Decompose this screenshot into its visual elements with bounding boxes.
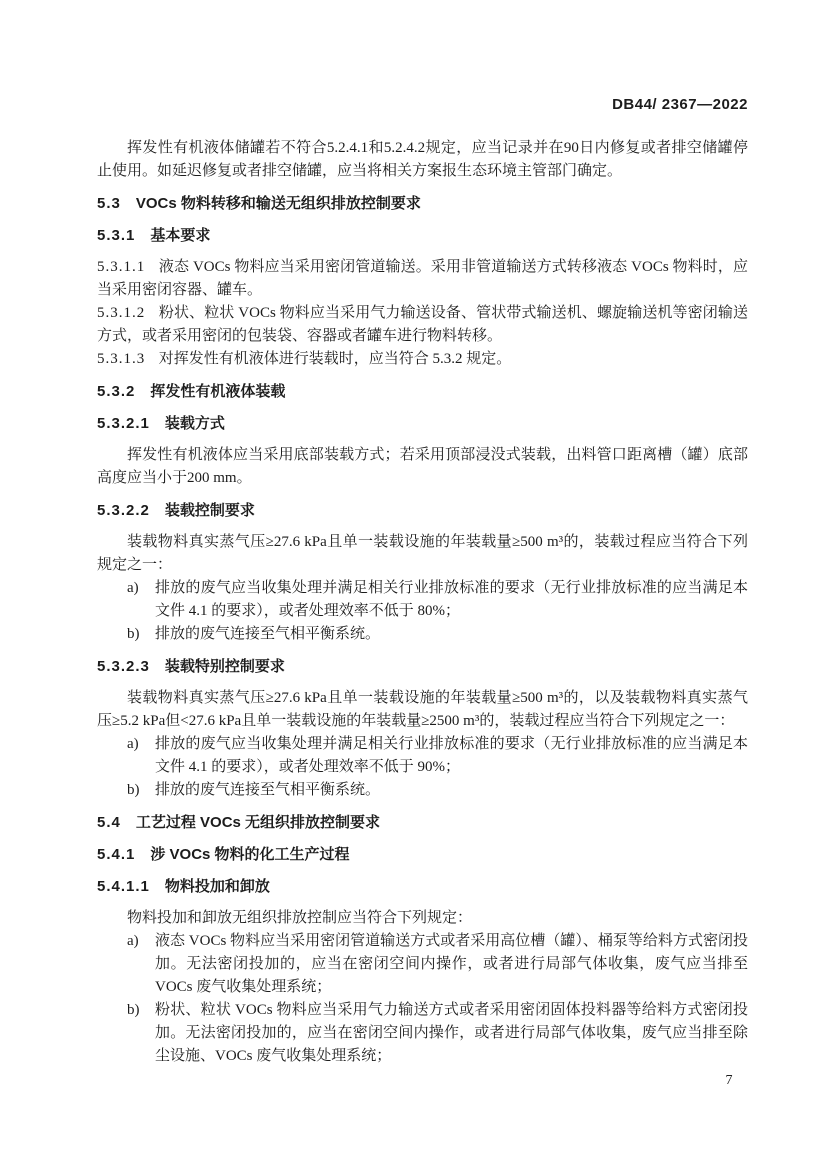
paragraph: 装载物料真实蒸气压≥27.6 kPa且单一装载设施的年装载量≥500 m³的，装…: [97, 531, 748, 577]
heading-number: 5.4: [97, 814, 121, 831]
clause-5.3.1.3: 5.3.1.3对挥发性有机液体进行装载时，应当符合 5.3.2 规定。: [97, 348, 748, 371]
heading-text: 涉 VOCs 物料的化工生产过程: [150, 846, 349, 863]
list-item-label: a): [127, 577, 155, 623]
list-item-label: a): [127, 733, 155, 779]
clause-number: 5.3.1.1: [97, 259, 145, 275]
paragraph: 挥发性有机液体应当采用底部装载方式；若采用顶部浸没式装载，出料管口距离槽（罐）底…: [97, 444, 748, 490]
heading-number: 5.3.2.3: [97, 658, 150, 675]
section-heading-5.3.2.1: 5.3.2.1装载方式: [97, 412, 748, 435]
section-heading-5.3.1: 5.3.1基本要求: [97, 224, 748, 247]
section-heading-5.3: 5.3VOCs 物料转移和输送无组织排放控制要求: [97, 192, 748, 215]
document-code: DB44/ 2367—2022: [97, 96, 748, 113]
heading-text: 物料投加和卸放: [165, 878, 270, 895]
list-item-label: b): [127, 623, 155, 646]
clause-5.3.1.2: 5.3.1.2粉状、粒状 VOCs 物料应当采用气力输送设备、管状带式输送机、螺…: [97, 302, 748, 348]
heading-number: 5.4.1.1: [97, 878, 150, 895]
list-item: a)排放的废气应当收集处理并满足相关行业排放标准的要求（无行业排放标准的应当满足…: [97, 577, 748, 623]
section-heading-5.3.2.2: 5.3.2.2装载控制要求: [97, 499, 748, 522]
heading-number: 5.3.1: [97, 227, 135, 244]
list-item-text: 排放的废气应当收集处理并满足相关行业排放标准的要求（无行业排放标准的应当满足本文…: [155, 733, 748, 779]
list-item-label: b): [127, 999, 155, 1068]
list-item-label: a): [127, 930, 155, 999]
heading-number: 5.3.2.2: [97, 502, 150, 519]
paragraph: 物料投加和卸放无组织排放控制应当符合下列规定：: [97, 907, 748, 930]
document-page: DB44/ 2367—2022 挥发性有机液体储罐若不符合5.2.4.1和5.2…: [0, 0, 826, 1169]
heading-text: 装载方式: [165, 415, 225, 432]
clause-text: 对挥发性有机液体进行装载时，应当符合 5.3.2 规定。: [159, 351, 512, 367]
list-item: b)排放的废气连接至气相平衡系统。: [97, 623, 748, 646]
paragraph: 装载物料真实蒸气压≥27.6 kPa且单一装载设施的年装载量≥500 m³的，以…: [97, 687, 748, 733]
section-heading-5.4.1.1: 5.4.1.1物料投加和卸放: [97, 875, 748, 898]
document-body: 挥发性有机液体储罐若不符合5.2.4.1和5.2.4.2规定，应当记录并在90日…: [97, 137, 748, 1068]
list-item-text: 液态 VOCs 物料应当采用密闭管道输送方式或者采用高位槽（罐）、桶泵等给料方式…: [155, 930, 748, 999]
list-item: a)液态 VOCs 物料应当采用密闭管道输送方式或者采用高位槽（罐）、桶泵等给料…: [97, 930, 748, 999]
list-item-text: 排放的废气连接至气相平衡系统。: [155, 779, 748, 802]
heading-number: 5.3: [97, 195, 121, 212]
list-item-text: 粉状、粒状 VOCs 物料应当采用气力输送方式或者采用密闭固体投料器等给料方式密…: [155, 999, 748, 1068]
list-item-text: 排放的废气连接至气相平衡系统。: [155, 623, 748, 646]
clause-number: 5.3.1.3: [97, 351, 145, 367]
list-item: b)粉状、粒状 VOCs 物料应当采用气力输送方式或者采用密闭固体投料器等给料方…: [97, 999, 748, 1068]
paragraph: 挥发性有机液体储罐若不符合5.2.4.1和5.2.4.2规定，应当记录并在90日…: [97, 137, 748, 183]
page-number: 7: [718, 1073, 740, 1089]
list-item: b)排放的废气连接至气相平衡系统。: [97, 779, 748, 802]
list-item-text: 排放的废气应当收集处理并满足相关行业排放标准的要求（无行业排放标准的应当满足本文…: [155, 577, 748, 623]
section-heading-5.3.2.3: 5.3.2.3装载特别控制要求: [97, 655, 748, 678]
list-item: a)排放的废气应当收集处理并满足相关行业排放标准的要求（无行业排放标准的应当满足…: [97, 733, 748, 779]
list-item-label: b): [127, 779, 155, 802]
clause-text: 液态 VOCs 物料应当采用密闭管道输送。采用非管道输送方式转移液态 VOCs …: [97, 259, 748, 298]
heading-text: 挥发性有机液体装载: [150, 383, 285, 400]
heading-number: 5.4.1: [97, 846, 135, 863]
heading-text: VOCs 物料转移和输送无组织排放控制要求: [136, 195, 421, 212]
heading-text: 装载控制要求: [165, 502, 255, 519]
heading-number: 5.3.2: [97, 383, 135, 400]
heading-number: 5.3.2.1: [97, 415, 150, 432]
heading-text: 工艺过程 VOCs 无组织排放控制要求: [136, 814, 380, 831]
clause-text: 粉状、粒状 VOCs 物料应当采用气力输送设备、管状带式输送机、螺旋输送机等密闭…: [97, 305, 748, 344]
clause-number: 5.3.1.2: [97, 305, 145, 321]
section-heading-5.4.1: 5.4.1涉 VOCs 物料的化工生产过程: [97, 843, 748, 866]
heading-text: 装载特别控制要求: [165, 658, 285, 675]
section-heading-5.3.2: 5.3.2挥发性有机液体装载: [97, 380, 748, 403]
section-heading-5.4: 5.4工艺过程 VOCs 无组织排放控制要求: [97, 811, 748, 834]
heading-text: 基本要求: [150, 227, 210, 244]
clause-5.3.1.1: 5.3.1.1液态 VOCs 物料应当采用密闭管道输送。采用非管道输送方式转移液…: [97, 256, 748, 302]
